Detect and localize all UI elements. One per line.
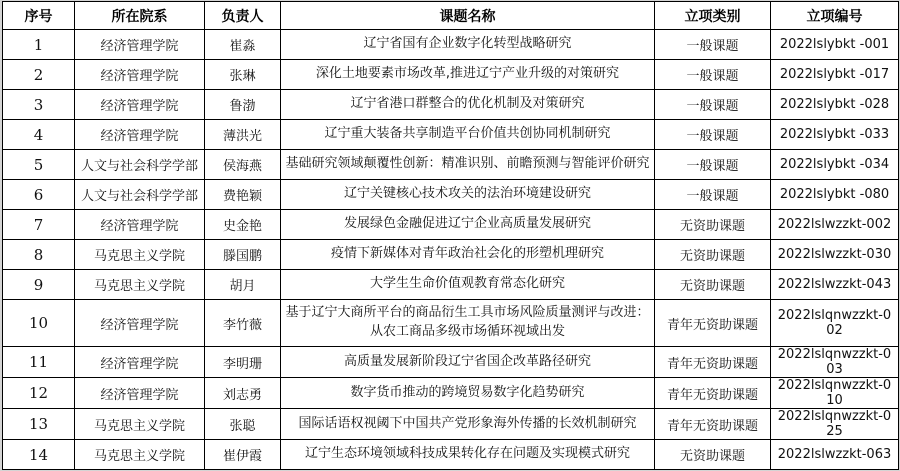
cell-department: 经济管理学院: [75, 90, 205, 120]
cell-category: 一般课题: [655, 60, 771, 90]
table-row: 1 经济管理学院 崔淼 辽宁省国有企业数字化转型战略研究 一般课题 2022ls…: [3, 30, 899, 60]
cell-title: 辽宁生态环境领域科技成果转化存在问题及实现模式研究: [281, 440, 655, 470]
table-header: 序号 所在院系 负责人 课题名称 立项类别 立项编号: [3, 2, 899, 30]
header-cell-title: 课题名称: [281, 2, 655, 30]
header-cell-project-id: 立项编号: [771, 2, 899, 30]
table-row: 8 马克思主义学院 滕国鹏 疫情下新媒体对青年政治社会化的形塑机理研究 无资助课…: [3, 240, 899, 270]
cell-project-id: 2022lslybkt -080: [771, 180, 899, 210]
cell-project-id: 2022lslqnwzzkt-002: [771, 300, 899, 347]
table-body: 1 经济管理学院 崔淼 辽宁省国有企业数字化转型战略研究 一般课题 2022ls…: [3, 30, 899, 470]
cell-seq: 2: [3, 60, 75, 90]
cell-title: 辽宁省国有企业数字化转型战略研究: [281, 30, 655, 60]
cell-department: 经济管理学院: [75, 60, 205, 90]
cell-leader: 侯海燕: [205, 150, 281, 180]
cell-seq: 4: [3, 120, 75, 150]
cell-title: 深化土地要素市场改革,推进辽宁产业升级的对策研究: [281, 60, 655, 90]
cell-project-id: 2022lslwzzkt-063: [771, 440, 899, 470]
cell-department: 人文与社会科学学部: [75, 180, 205, 210]
cell-category: 青年无资助课题: [655, 409, 771, 440]
cell-category: 无资助课题: [655, 210, 771, 240]
table-row: 6 人文与社会科学学部 费艳颖 辽宁关键核心技术攻关的法治环境建设研究 一般课题…: [3, 180, 899, 210]
cell-seq: 11: [3, 347, 75, 378]
table-row: 10 经济管理学院 李竹薇 基于辽宁大商所平台的商品衍生工具市场风险质量测评与改…: [3, 300, 899, 347]
cell-leader: 鲁渤: [205, 90, 281, 120]
cell-category: 青年无资助课题: [655, 300, 771, 347]
cell-department: 经济管理学院: [75, 378, 205, 409]
cell-seq: 6: [3, 180, 75, 210]
cell-title: 辽宁关键核心技术攻关的法治环境建设研究: [281, 180, 655, 210]
cell-title: 辽宁省港口群整合的优化机制及对策研究: [281, 90, 655, 120]
cell-category: 一般课题: [655, 30, 771, 60]
cell-project-id: 2022lslybkt -017: [771, 60, 899, 90]
cell-category: 一般课题: [655, 120, 771, 150]
table-row: 14 马克思主义学院 崔伊霞 辽宁生态环境领域科技成果转化存在问题及实现模式研究…: [3, 440, 899, 470]
cell-project-id: 2022lslwzzkt-002: [771, 210, 899, 240]
header-cell-department: 所在院系: [75, 2, 205, 30]
cell-title: 高质量发展新阶段辽宁省国企改革路径研究: [281, 347, 655, 378]
cell-title: 基础研究领域颠覆性创新：精准识别、前瞻预测与智能评价研究: [281, 150, 655, 180]
table-row: 2 经济管理学院 张琳 深化土地要素市场改革,推进辽宁产业升级的对策研究 一般课…: [3, 60, 899, 90]
cell-category: 青年无资助课题: [655, 347, 771, 378]
cell-project-id: 2022lslqnwzzkt-003: [771, 347, 899, 378]
table-row: 4 经济管理学院 薄洪光 辽宁重大装备共享制造平台价值共创协同机制研究 一般课题…: [3, 120, 899, 150]
project-approval-table: 序号 所在院系 负责人 课题名称 立项类别 立项编号 1 经济管理学院 崔淼 辽…: [2, 1, 899, 470]
cell-title: 发展绿色金融促进辽宁企业高质量发展研究: [281, 210, 655, 240]
cell-department: 经济管理学院: [75, 210, 205, 240]
cell-seq: 14: [3, 440, 75, 470]
cell-leader: 张琳: [205, 60, 281, 90]
table-row: 3 经济管理学院 鲁渤 辽宁省港口群整合的优化机制及对策研究 一般课题 2022…: [3, 90, 899, 120]
cell-seq: 8: [3, 240, 75, 270]
cell-category: 无资助课题: [655, 270, 771, 300]
cell-project-id: 2022lslybkt -028: [771, 90, 899, 120]
cell-leader: 刘志勇: [205, 378, 281, 409]
cell-title: 数字货币推动的跨境贸易数字化趋势研究: [281, 378, 655, 409]
header-row: 序号 所在院系 负责人 课题名称 立项类别 立项编号: [3, 2, 899, 30]
cell-category: 一般课题: [655, 180, 771, 210]
cell-department: 经济管理学院: [75, 347, 205, 378]
cell-project-id: 2022lslybkt -033: [771, 120, 899, 150]
header-cell-category: 立项类别: [655, 2, 771, 30]
cell-department: 经济管理学院: [75, 120, 205, 150]
cell-leader: 胡月: [205, 270, 281, 300]
cell-project-id: 2022lslwzzkt-030: [771, 240, 899, 270]
cell-project-id: 2022lslwzzkt-043: [771, 270, 899, 300]
cell-seq: 1: [3, 30, 75, 60]
cell-seq: 5: [3, 150, 75, 180]
cell-seq: 12: [3, 378, 75, 409]
cell-seq: 10: [3, 300, 75, 347]
cell-category: 无资助课题: [655, 240, 771, 270]
cell-department: 马克思主义学院: [75, 270, 205, 300]
cell-title: 大学生生命价值观教育常态化研究: [281, 270, 655, 300]
cell-seq: 13: [3, 409, 75, 440]
cell-title: 疫情下新媒体对青年政治社会化的形塑机理研究: [281, 240, 655, 270]
table-row: 13 马克思主义学院 张聪 国际话语权视阈下中国共产党形象海外传播的长效机制研究…: [3, 409, 899, 440]
cell-leader: 李明珊: [205, 347, 281, 378]
cell-project-id: 2022lslybkt -034: [771, 150, 899, 180]
table-row: 11 经济管理学院 李明珊 高质量发展新阶段辽宁省国企改革路径研究 青年无资助课…: [3, 347, 899, 378]
cell-category: 一般课题: [655, 150, 771, 180]
cell-project-id: 2022lslqnwzzkt-010: [771, 378, 899, 409]
cell-leader: 崔淼: [205, 30, 281, 60]
header-cell-leader: 负责人: [205, 2, 281, 30]
table-row: 5 人文与社会科学学部 侯海燕 基础研究领域颠覆性创新：精准识别、前瞻预测与智能…: [3, 150, 899, 180]
cell-department: 马克思主义学院: [75, 240, 205, 270]
cell-category: 无资助课题: [655, 440, 771, 470]
table-row: 9 马克思主义学院 胡月 大学生生命价值观教育常态化研究 无资助课题 2022l…: [3, 270, 899, 300]
cell-leader: 张聪: [205, 409, 281, 440]
cell-seq: 9: [3, 270, 75, 300]
cell-leader: 李竹薇: [205, 300, 281, 347]
cell-leader: 崔伊霞: [205, 440, 281, 470]
cell-department: 经济管理学院: [75, 300, 205, 347]
cell-title: 基于辽宁大商所平台的商品衍生工具市场风险质量测评与改进：从农工商品多级市场循环视…: [281, 300, 655, 347]
header-cell-seq: 序号: [3, 2, 75, 30]
cell-project-id: 2022lslqnwzzkt-025: [771, 409, 899, 440]
cell-leader: 滕国鹏: [205, 240, 281, 270]
cell-leader: 薄洪光: [205, 120, 281, 150]
cell-title: 辽宁重大装备共享制造平台价值共创协同机制研究: [281, 120, 655, 150]
cell-department: 马克思主义学院: [75, 409, 205, 440]
cell-department: 经济管理学院: [75, 30, 205, 60]
cell-category: 一般课题: [655, 90, 771, 120]
cell-category: 青年无资助课题: [655, 378, 771, 409]
table-row: 7 经济管理学院 史金艳 发展绿色金融促进辽宁企业高质量发展研究 无资助课题 2…: [3, 210, 899, 240]
cell-leader: 费艳颖: [205, 180, 281, 210]
cell-department: 人文与社会科学学部: [75, 150, 205, 180]
cell-seq: 7: [3, 210, 75, 240]
table-row: 12 经济管理学院 刘志勇 数字货币推动的跨境贸易数字化趋势研究 青年无资助课题…: [3, 378, 899, 409]
cell-project-id: 2022lslybkt -001: [771, 30, 899, 60]
cell-seq: 3: [3, 90, 75, 120]
cell-leader: 史金艳: [205, 210, 281, 240]
cell-title: 国际话语权视阈下中国共产党形象海外传播的长效机制研究: [281, 409, 655, 440]
cell-department: 马克思主义学院: [75, 440, 205, 470]
